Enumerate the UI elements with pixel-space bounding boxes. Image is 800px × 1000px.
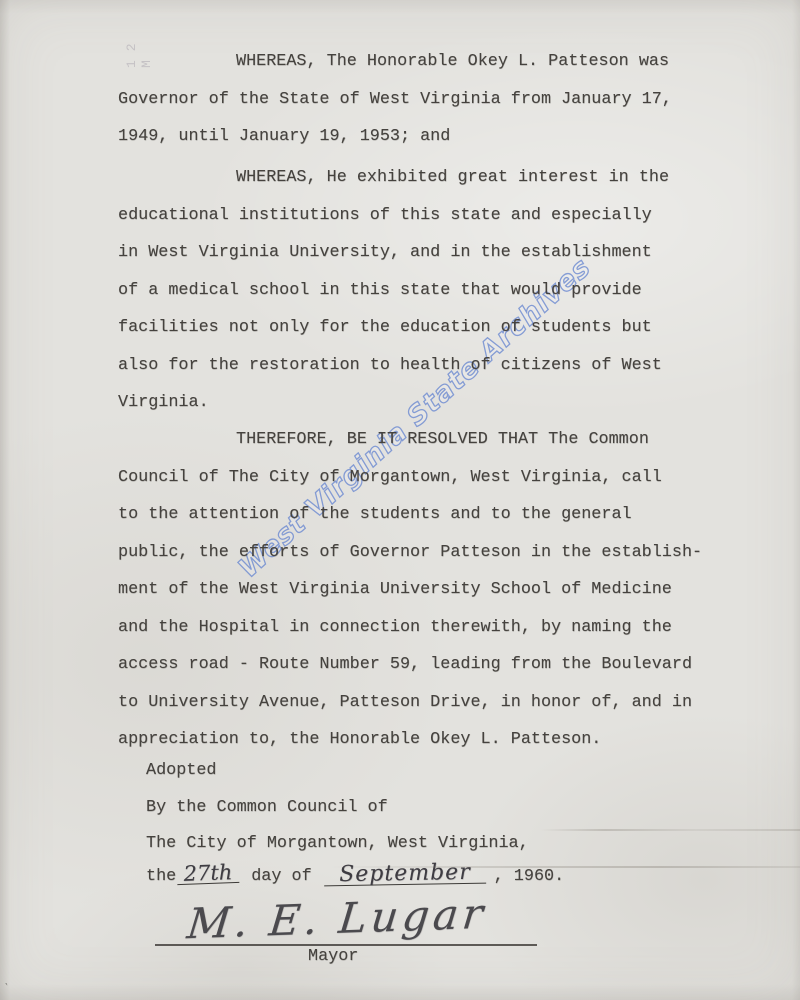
handwritten-day-field: 27th: [177, 861, 240, 884]
text-line: Governor of the State of West Virginia f…: [118, 81, 672, 119]
paragraph-therefore-resolved: THEREFORE, BE IT RESOLVED THAT The Commo…: [118, 421, 702, 759]
text-line: also for the restoration to health of ci…: [118, 347, 669, 385]
text-line: THEREFORE, BE IT RESOLVED THAT The Commo…: [118, 421, 702, 459]
corner-pen-mark: ‵: [5, 981, 8, 995]
paper-crease: [330, 866, 800, 868]
paragraph-whereas-governor: WHEREAS, The Honorable Okey L. Patteson …: [118, 43, 672, 156]
handwritten-month-field: September: [323, 861, 485, 886]
text-line: to the attention of the students and to …: [118, 496, 702, 534]
text-line: ment of the West Virginia University Sch…: [118, 571, 702, 609]
text-line: of a medical school in this state that w…: [118, 272, 669, 310]
text-line: educational institutions of this state a…: [118, 197, 669, 235]
date-year-text: , 1960.: [494, 867, 565, 886]
text-line: WHEREAS, He exhibited great interest in …: [118, 159, 669, 197]
signature-line: [155, 944, 537, 946]
text-line: public, the efforts of Governor Patteson…: [118, 534, 702, 572]
paper-crease: [540, 829, 800, 831]
text-line: to University Avenue, Patteson Drive, in…: [118, 684, 702, 722]
text-line: 1949, until January 19, 1953; and: [118, 118, 672, 156]
text-line: facilities not only for the education of…: [118, 309, 669, 347]
adoption-city-line: The City of Morgantown, West Virginia,: [146, 826, 564, 863]
text-line: Council of The City of Morgantown, West …: [118, 459, 702, 497]
adopted-label: Adopted: [146, 753, 564, 790]
scanned-resolution-page: West Virginia State Archives 12 M WHEREA…: [0, 0, 800, 1000]
date-prefix-text: the: [146, 867, 176, 886]
text-line: in West Virginia University, and in the …: [118, 234, 669, 272]
date-middle-text: day of: [251, 867, 311, 886]
adoption-council-line: By the Common Council of: [146, 790, 564, 827]
signature-title-label: Mayor: [308, 947, 358, 966]
text-line: Virginia.: [118, 384, 669, 422]
paragraph-whereas-interest: WHEREAS, He exhibited great interest in …: [118, 159, 669, 422]
text-line: and the Hospital in connection therewith…: [118, 609, 702, 647]
mayor-signature-handwriting: M. E. Lugar: [185, 889, 489, 948]
text-line: access road - Route Number 59, leading f…: [118, 646, 702, 684]
text-line: WHEREAS, The Honorable Okey L. Patteson …: [118, 43, 672, 81]
adoption-block: Adopted By the Common Council of The Cit…: [146, 753, 564, 899]
